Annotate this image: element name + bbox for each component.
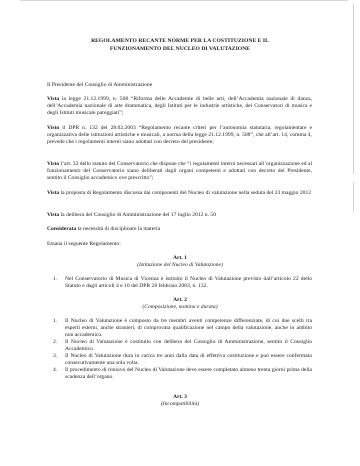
scan-edge-right-lower <box>353 182 354 212</box>
article-2-items: 1.Il Nucleo di Valutazione è composto da… <box>47 318 312 381</box>
recital-lead: Visto <box>47 125 59 131</box>
recital-5: Vista la delibera del Consiglio di Ammin… <box>47 212 312 219</box>
item-number: 2. <box>53 339 57 346</box>
article-1-subtitle: (Istituzione del Nucleo di Valutazione) <box>40 262 320 269</box>
article-1-items: 1.Nel Conservatorio di Musica di Vicenza… <box>47 276 312 290</box>
document-title: REGOLAMENTO RECANTE NORME PER LA COSTITU… <box>40 38 320 53</box>
item-number: 1. <box>53 276 57 283</box>
article-1-title: Art. 1 <box>40 255 320 262</box>
recital-text: la proposta di Regolamento discussa dai … <box>59 190 311 196</box>
recital-1: Vista la legge 21.12.1999, n. 508 “Rifor… <box>47 96 312 117</box>
article-item: 1.Il Nucleo di Valutazione è composto da… <box>47 318 312 339</box>
article-item: 4.Il procedimento di rinnovo del Nucleo … <box>47 367 312 381</box>
article-item: 2.Il Nucleo di Valutazione è costituito … <box>47 339 312 353</box>
item-text: Il Nucleo di Valutazione è costituito co… <box>65 339 312 352</box>
title-line-2: FUNZIONAMENTO DEL NUCLEO DI VALUTAZIONE <box>40 46 320 54</box>
article-2-subtitle: (Composizione, nomina e durata) <box>40 304 320 311</box>
item-text: Il procedimento di rinnovo del Nucleo di… <box>65 367 312 380</box>
recital-lead: Vista <box>47 212 59 218</box>
recital-4: Vista la proposta di Regolamento discuss… <box>47 190 312 197</box>
recital-lead: Vista <box>47 190 59 196</box>
document-page: REGOLAMENTO RECANTE NORME PER LA COSTITU… <box>0 0 360 466</box>
recital-2: Visto il DPR n. 132 del 28.02.2003 “Rego… <box>47 125 312 146</box>
item-number: 4. <box>53 367 57 374</box>
recital-text: la necessità di disciplinare la materia <box>76 226 160 232</box>
recital-lead: Visto <box>47 161 59 167</box>
item-text: Nel Conservatorio di Musica di Vicenza è… <box>65 276 312 289</box>
recital-lead: Vista <box>47 96 59 102</box>
recital-text: l’art. 32 dello statuto del Conservatori… <box>47 161 312 181</box>
recital-3: Visto l’art. 32 dello statuto del Conser… <box>47 161 312 182</box>
scan-edge-top <box>20 0 348 1</box>
recital-text: il DPR n. 132 del 28.02.2003 “Regolament… <box>47 125 312 145</box>
recital-6: Considerata la necessità di disciplinare… <box>47 226 312 233</box>
item-number: 3. <box>53 353 57 360</box>
article-2-title: Art. 2 <box>40 297 320 304</box>
item-text: Il Nucleo di Valutazione dura in carica … <box>65 353 312 366</box>
article-item: 1.Nel Conservatorio di Musica di Vicenza… <box>47 276 312 290</box>
item-number: 1. <box>53 318 57 325</box>
article-3-title: Art. 3 <box>40 394 320 401</box>
recital-lead: Considerata <box>47 226 76 232</box>
recital-text: la delibera del Consiglio di Amministraz… <box>59 212 216 218</box>
item-text: Il Nucleo di Valutazione è composto da t… <box>65 318 312 338</box>
title-line-1: REGOLAMENTO RECANTE NORME PER LA COSTITU… <box>40 38 320 46</box>
enactment-line: Emana il seguente Regolamento: <box>47 241 312 248</box>
recital-text: la legge 21.12.1999, n. 508 “Riforma del… <box>47 96 312 116</box>
scan-edge-right <box>353 4 354 174</box>
issuer-line: Il Presidente del Consiglio di Amministr… <box>47 82 312 89</box>
article-3-subtitle: (Incompatibilità) <box>40 401 320 408</box>
article-item: 3.Il Nucleo di Valutazione dura in caric… <box>47 353 312 367</box>
